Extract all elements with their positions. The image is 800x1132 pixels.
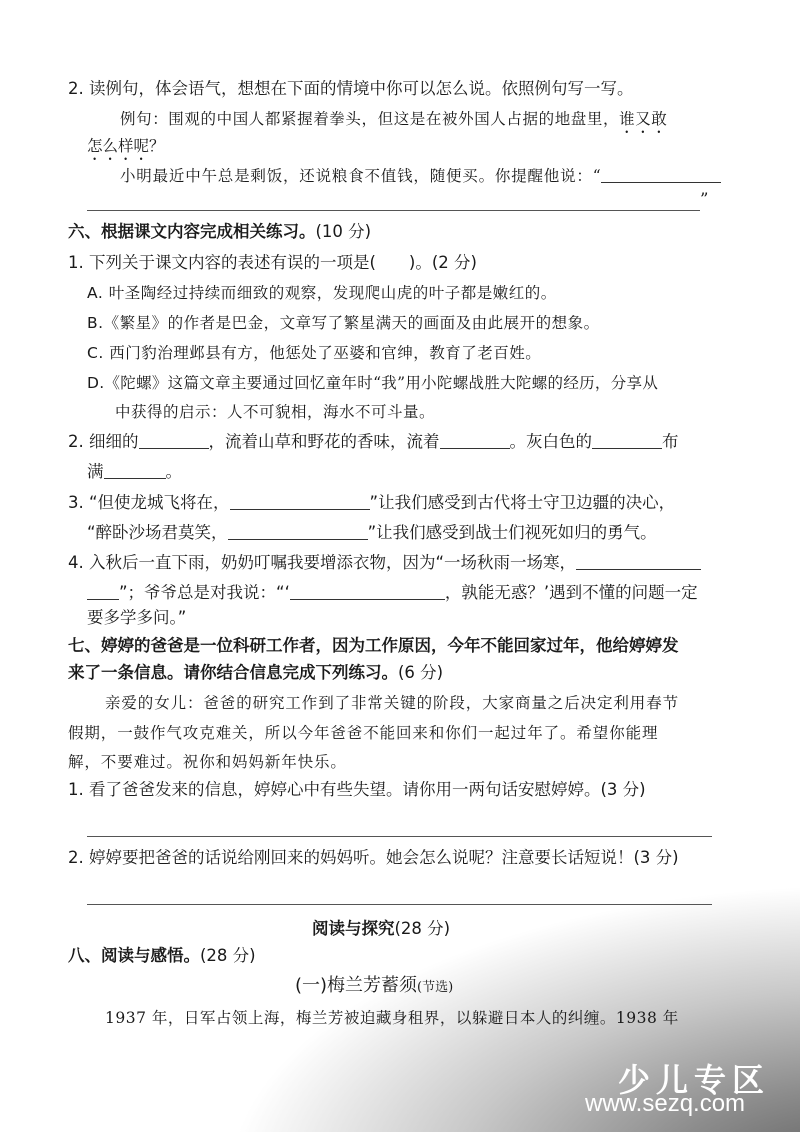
text: ”让我们感受到战士们视死如归的勇气。 (368, 523, 657, 542)
title-text: (一)梅兰芳蓄须 (295, 975, 417, 996)
answer-blank[interactable] (87, 585, 119, 600)
section8-heading: 八、阅读与感悟。(28 分) (68, 946, 256, 966)
option-d-cont: 中获得的启示：人不可貌相，海水不可斗量。 (115, 402, 435, 422)
answer-blank[interactable] (104, 464, 166, 479)
answer-blank[interactable] (228, 525, 368, 540)
s6-q4-line2: ”；爷爷总是对我说：“‘，孰能无惑？’遇到不懂的问题一定 (87, 583, 698, 603)
text: ”让我们感受到古代将士守卫边疆的决心， (370, 493, 676, 512)
s6-q4-line1: 4. 入秋后一直下雨，奶奶叮嘱我要增添衣物，因为“一场秋雨一场寒， (68, 553, 701, 573)
text: 。 (166, 462, 183, 481)
text: 4. 入秋后一直下雨，奶奶叮嘱我要增添衣物，因为“一场秋雨一场寒， (68, 553, 576, 572)
answer-blank[interactable] (440, 434, 510, 449)
heading-text: 来了一条信息。请你结合信息完成下列练习。 (68, 663, 398, 682)
watermark-url: www.sezq.com (585, 1090, 745, 1118)
example-text: 例句：围观的中国人都紧握着拳头，但这是在被外国人占据的地盘里， (120, 110, 619, 128)
score: (6 分) (398, 663, 443, 682)
text: 。灰白色的 (510, 432, 593, 451)
answer-blank[interactable] (230, 495, 370, 510)
text: ”；爷爷总是对我说：“‘ (119, 583, 290, 602)
message-line2: 假期，一鼓作气攻克难关，所以今年爸爸不能回来和你们一起过年了。希望你能理 (68, 723, 658, 743)
answer-blank[interactable] (592, 434, 662, 449)
option-a[interactable]: A. 叶圣陶经过持续而细致的观察，发现爬山虎的叶子都是嫩红的。 (87, 283, 557, 303)
answer-line[interactable] (87, 836, 712, 837)
text: 布 (662, 432, 679, 451)
s6-q2-line1: 2. 细细的，流着山草和野花的香味，流着。灰白色的布 (68, 432, 679, 452)
section7-heading-line1: 七、婷婷的爸爸是一位科研工作者，因为工作原因，今年不能回家过年，他给婷婷发 (68, 636, 679, 656)
option-b[interactable]: B.《繁星》的作者是巴金，文章写了繁星满天的画面及由此展开的想象。 (87, 313, 600, 333)
close-quote: ” (700, 190, 708, 210)
score: (3 分) (601, 780, 646, 799)
passage-title: (一)梅兰芳蓄须(节选) (295, 976, 453, 998)
option-label: C. (87, 344, 104, 362)
score: (3 分) (634, 848, 679, 867)
heading-text: 六、根据课文内容完成相关练习。 (68, 222, 316, 241)
q5-2-example-line2: 怎么样呢？ (87, 136, 165, 164)
passage-line1: 1937 年，日军占领上海，梅兰芳被迫藏身租界，以躲避日本人的纠缠。1938 年 (105, 1008, 679, 1028)
option-d[interactable]: D.《陀螺》这篇文章主要通过回忆童年时“我”用小陀螺战胜大陀螺的经历，分享从 (87, 373, 658, 393)
score: (28 分) (200, 946, 256, 965)
option-label: B. (87, 314, 104, 332)
option-label: D. (87, 374, 104, 392)
answer-blank[interactable] (601, 168, 721, 183)
option-c[interactable]: C. 西门豹治理邺县有方，他惩处了巫婆和官绅，教育了老百姓。 (87, 343, 541, 363)
text: 满 (87, 462, 104, 481)
q5-2-prompt: 2. 读例句，体会语气，想想在下面的情境中你可以怎么说。依照例句写一写。 (68, 79, 634, 99)
heading-text: 八、阅读与感悟。 (68, 946, 200, 965)
q5-2-scenario: 小明最近中午总是剩饭，还说粮食不值钱，随便买。你提醒他说：“ (120, 166, 721, 186)
s6-q1-prompt: 1. 下列关于课文内容的表述有误的一项是( )。(2 分) (68, 253, 477, 273)
score: (2 分) (432, 253, 477, 272)
title-text: 阅读与探究 (312, 919, 395, 938)
score: (28 分) (395, 919, 451, 938)
s6-q3-line2: “醉卧沙场君莫笑，”让我们感受到战士们视死如归的勇气。 (87, 523, 657, 543)
text: “醉卧沙场君莫笑， (87, 523, 228, 542)
answer-line[interactable] (87, 904, 712, 905)
option-text: 叶圣陶经过持续而细致的观察，发现爬山虎的叶子都是嫩红的。 (109, 284, 557, 302)
s7-q1-prompt: 1. 看了爸爸发来的信息，婷婷心中有些失望。请你用一两句话安慰婷婷。(3 分) (68, 780, 646, 800)
answer-blank[interactable] (139, 434, 209, 449)
text: 2. 细细的 (68, 432, 139, 451)
s7-q2-prompt: 2. 婷婷要把爸爸的话说给刚回来的妈妈听。她会怎么说呢？注意要长话短说！(3 分… (68, 848, 679, 868)
example-text-end: ？ (149, 137, 165, 155)
s6-q4-line3: 要多学多问。” (87, 608, 186, 628)
text: 3. “但使龙城飞将在， (68, 493, 230, 512)
section7-heading-line2: 来了一条信息。请你结合信息完成下列练习。(6 分) (68, 663, 443, 683)
option-label: A. (87, 284, 103, 302)
text: ，流着山草和野花的香味，流着 (209, 432, 440, 451)
scenario-text: 小明最近中午总是剩饭，还说粮食不值钱，随便买。你提醒他说：“ (120, 167, 601, 185)
option-text: 《陀螺》这篇文章主要通过回忆童年时“我”用小陀螺战胜大陀螺的经历，分享从 (104, 374, 658, 392)
q5-2-example-line1: 例句：围观的中国人都紧握着拳头，但这是在被外国人占据的地盘里，谁又敢 (120, 109, 667, 137)
answer-blank[interactable] (576, 555, 701, 570)
message-line1: 亲爱的女儿：爸爸的研究工作到了非常关键的阶段，大家商量之后决定利用春节 (105, 693, 679, 713)
prompt-text: 2. 婷婷要把爸爸的话说给刚回来的妈妈听。她会怎么说呢？注意要长话短说！ (68, 848, 634, 867)
option-text: 《繁星》的作者是巴金，文章写了繁星满天的画面及由此展开的想象。 (104, 314, 600, 332)
part-title: 阅读与探究(28 分) (312, 919, 450, 939)
prompt-text: 1. 看了爸爸发来的信息，婷婷心中有些失望。请你用一两句话安慰婷婷。 (68, 780, 601, 799)
example-emphasis: 怎么样呢 (87, 137, 149, 155)
example-emphasis: 谁又敢 (619, 110, 667, 128)
answer-blank[interactable] (290, 585, 445, 600)
section6-heading: 六、根据课文内容完成相关练习。(10 分) (68, 222, 371, 242)
message-line3: 解，不要难过。祝你和妈妈新年快乐。 (68, 752, 347, 772)
title-note: (节选) (417, 980, 453, 995)
s6-q2-line2: 满。 (87, 462, 182, 482)
score: (10 分) (316, 222, 372, 241)
prompt-text: 1. 下列关于课文内容的表述有误的一项是( )。 (68, 253, 432, 272)
option-text: 西门豹治理邺县有方，他惩处了巫婆和官绅，教育了老百姓。 (109, 344, 541, 362)
s6-q3-line1: 3. “但使龙城飞将在，”让我们感受到古代将士守卫边疆的决心， (68, 493, 675, 513)
answer-line[interactable] (87, 210, 700, 211)
text: ，孰能无惑？’遇到不懂的问题一定 (445, 583, 698, 602)
